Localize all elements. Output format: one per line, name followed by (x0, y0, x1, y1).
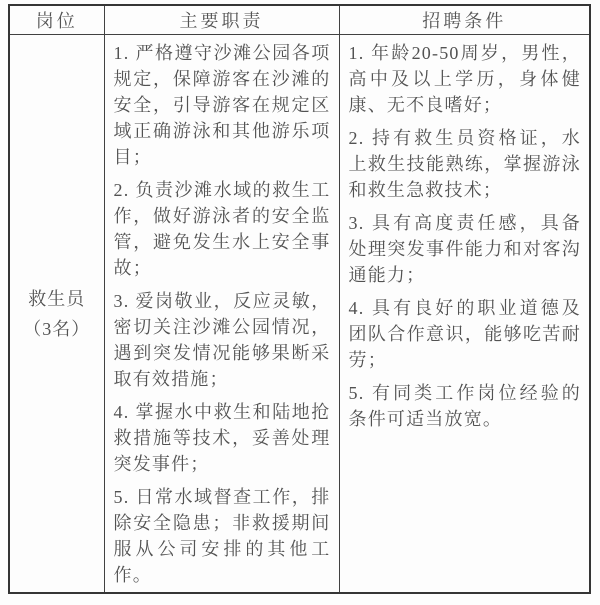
duty-item: 5. 日常水域督查工作，排除安全隐患；非救援期间服从公司安排的其他工作。 (114, 484, 331, 588)
duties-cell: 1. 严格遵守沙滩公园各项规定，保障游客在沙滩的安全，引导游客在规定区域正确游泳… (104, 35, 339, 594)
position-name: 救生员 (12, 284, 102, 314)
recruitment-notice-page: 岗位 主要职责 招聘条件 救生员 （3名） 1. 严格遵守沙滩公园各项规定，保障… (0, 0, 600, 605)
requirement-item: 2. 持有救生员资格证，水上救生技能熟练，掌握游泳和救生急救技术； (349, 125, 582, 203)
recruitment-table: 岗位 主要职责 招聘条件 救生员 （3名） 1. 严格遵守沙滩公园各项规定，保障… (8, 4, 591, 594)
requirement-item: 5. 有同类工作岗位经验的条件可适当放宽。 (349, 380, 582, 432)
header-row: 岗位 主要职责 招聘条件 (9, 5, 590, 35)
duty-item: 3. 爱岗敬业，反应灵敏，密切关注沙滩公园情况，遇到突发情况能够果断采取有效措施… (114, 288, 331, 392)
duty-item: 2. 负责沙滩水域的救生工作，做好游泳者的安全监管，避免发生水上安全事故； (114, 177, 331, 281)
duty-item: 1. 严格遵守沙滩公园各项规定，保障游客在沙滩的安全，引导游客在规定区域正确游泳… (114, 40, 331, 170)
position-count: （3名） (12, 314, 102, 344)
duty-item: 4. 掌握水中救生和陆地抢救措施等技术，妥善处理突发事件； (114, 399, 331, 477)
requirement-item: 4. 具有良好的职业道德及团队合作意识，能够吃苦耐劳； (349, 295, 582, 373)
position-cell: 救生员 （3名） (9, 35, 104, 594)
requirements-cell: 1. 年龄20-50周岁，男性，高中及以上学历，身体健康、无不良嗜好； 2. 持… (339, 35, 590, 594)
header-position: 岗位 (9, 5, 104, 35)
requirement-item: 1. 年龄20-50周岁，男性，高中及以上学历，身体健康、无不良嗜好； (349, 40, 582, 118)
table-row: 救生员 （3名） 1. 严格遵守沙滩公园各项规定，保障游客在沙滩的安全，引导游客… (9, 35, 590, 594)
header-duties: 主要职责 (104, 5, 339, 35)
header-requirements: 招聘条件 (339, 5, 590, 35)
requirement-item: 3. 具有高度责任感，具备处理突发事件能力和对客沟通能力； (349, 210, 582, 288)
